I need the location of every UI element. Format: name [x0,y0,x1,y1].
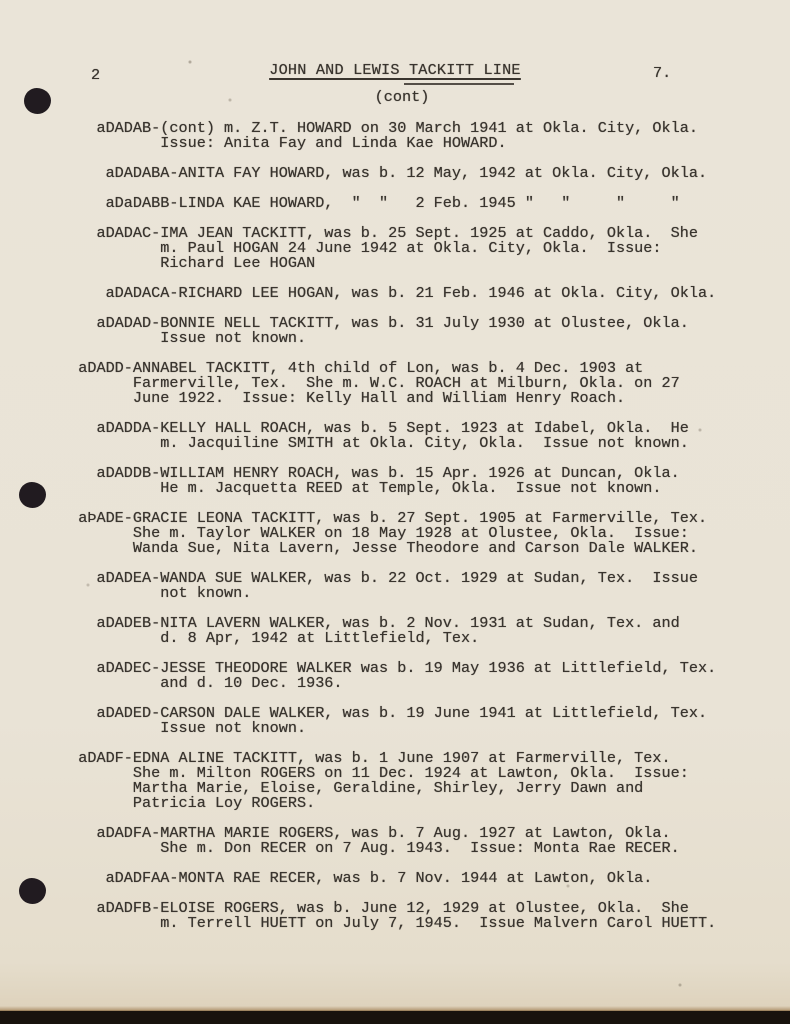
genealogy-entry-aDaDABB: aDaDABB-LINDA KAE HOWARD, " " 2 Feb. 194… [60,196,780,211]
genealogy-entry-aDADD: aDADD-ANNABEL TACKITT, 4th child of Lon,… [60,361,780,406]
genealogy-entry-aDADDB: aDADDB-WILLIAM HENRY ROACH, was b. 15 Ap… [60,466,780,496]
entry-line: aDADABA-ANITA FAY HOWARD, was b. 12 May,… [60,166,780,181]
entry-line: aDADACA-RICHARD LEE HOGAN, was b. 21 Feb… [60,286,780,301]
page-number-right: 7. [653,64,671,82]
page-bottom-band [0,1011,790,1024]
title-row: JOHN AND LEWIS TACKITT LINE [0,61,790,79]
entry-line: He m. Jacquetta REED at Temple, Okla. Is… [60,481,780,496]
genealogy-entry-aDADABA: aDADABA-ANITA FAY HOWARD, was b. 12 May,… [60,166,780,181]
genealogy-entry-aDADDA: aDADDA-KELLY HALL ROACH, was b. 5 Sept. … [60,421,780,451]
genealogy-entries: aDADAB-(cont) m. Z.T. HOWARD on 30 March… [60,121,780,946]
entry-line: Richard Lee HOGAN [60,256,780,271]
hole-punch-middle [19,482,46,508]
entry-line: Issue not known. [60,331,780,346]
hole-punch-bottom [19,878,46,904]
entry-line: aDaDABB-LINDA KAE HOWARD, " " 2 Feb. 194… [60,196,780,211]
entry-line: and d. 10 Dec. 1936. [60,676,780,691]
genealogy-entry-aDADAB: aDADAB-(cont) m. Z.T. HOWARD on 30 March… [60,121,780,151]
page-subtitle: (cont) [375,88,430,106]
genealogy-entry-aDADFA: aDADFA-MARTHA MARIE ROGERS, was b. 7 Aug… [60,826,780,856]
genealogy-entry-aDADEB: aDADEB-NITA LAVERN WALKER, was b. 2 Nov.… [60,616,780,646]
genealogy-entry-aDADEA: aDADEA-WANDA SUE WALKER, was b. 22 Oct. … [60,571,780,601]
subtitle-row: (cont) [14,88,790,106]
entry-line: m. Jacquiline SMITH at Okla. City, Okla.… [60,436,780,451]
entry-line: Issue: Anita Fay and Linda Kae HOWARD. [60,136,780,151]
genealogy-entry-aDADAD: aDADAD-BONNIE NELL TACKITT, was b. 31 Ju… [60,316,780,346]
genealogy-entry-aDADEC: aDADEC-JESSE THEODORE WALKER was b. 19 M… [60,661,780,691]
document-page: 2 JOHN AND LEWIS TACKITT LINE (cont) 7. … [0,0,790,1024]
genealogy-entry-aDADAC: aDADAC-IMA JEAN TACKITT, was b. 25 Sept.… [60,226,780,271]
genealogy-entry-aDADE: aÞADE-GRACIE LEONA TACKITT, was b. 27 Se… [60,511,780,556]
genealogy-entry-aDADACA: aDADACA-RICHARD LEE HOGAN, was b. 21 Feb… [60,286,780,301]
entry-line: Patricia Loy ROGERS. [60,796,780,811]
entry-line: m. Terrell HUETT on July 7, 1945. Issue … [60,916,780,931]
genealogy-entry-aDADF: aDADF-EDNA ALINE TACKITT, was b. 1 June … [60,751,780,811]
entry-line: d. 8 Apr, 1942 at Littlefield, Tex. [60,631,780,646]
entry-line: Issue not known. [60,721,780,736]
entry-line: aDADFAA-MONTA RAE RECER, was b. 7 Nov. 1… [60,871,780,886]
genealogy-entry-aDADFAA: aDADFAA-MONTA RAE RECER, was b. 7 Nov. 1… [60,871,780,886]
title-double-underline [404,83,514,85]
genealogy-entry-aDADFB: aDADFB-ELOISE ROGERS, was b. June 12, 19… [60,901,780,931]
genealogy-entry-aDADED: aDADED-CARSON DALE WALKER, was b. 19 Jun… [60,706,780,736]
entry-line: She m. Don RECER on 7 Aug. 1943. Issue: … [60,841,780,856]
entry-line: Wanda Sue, Nita Lavern, Jesse Theodore a… [60,541,780,556]
page-title: JOHN AND LEWIS TACKITT LINE [269,61,520,79]
entry-line: not known. [60,586,780,601]
entry-line: June 1922. Issue: Kelly Hall and William… [60,391,780,406]
